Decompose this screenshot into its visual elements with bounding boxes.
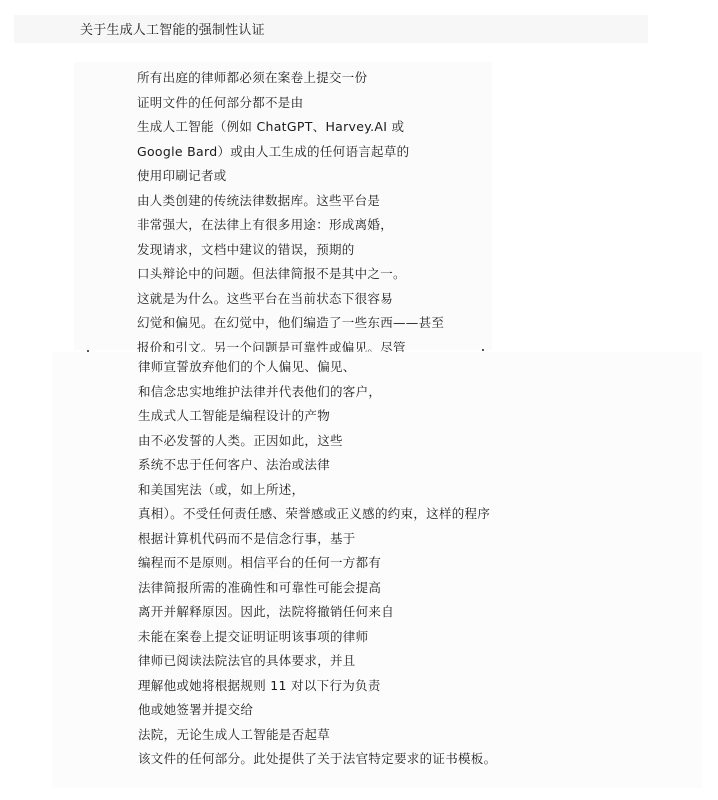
text-line: 离开并解释原因。因此，法院将撤销任何来自 (138, 600, 496, 625)
text-line: 编程而不是原则。相信平台的任何一方都有 (138, 551, 496, 576)
text-line: 发现请求，文档中建议的错误，预期的 (137, 238, 444, 263)
text-line: 由不必发誓的人类。正因如此，这些 (138, 429, 496, 454)
upper-text-block: 所有出庭的律师都必须在案卷上提交一份 证明文件的任何部分都不是由 生成人工智能（… (137, 66, 444, 360)
text-line: 该文件的任何部分。此处提供了关于法官特定要求的证书模板。 (138, 747, 496, 772)
text-line: 这就是为什么。这些平台在当前状态下很容易 (137, 287, 444, 312)
document-title: 关于生成人工智能的强制性认证 (80, 23, 265, 39)
text-line: 幻觉和偏见。在幻觉中，他们编造了一些东西——甚至 (137, 311, 444, 336)
text-line: 律师宣誓放弃他们的个人偏见、偏见、 (138, 355, 496, 380)
text-line: 所有出庭的律师都必须在案卷上提交一份 (137, 66, 444, 91)
text-line: 法律简报所需的准确性和可靠性可能会提高 (138, 576, 496, 601)
text-line: 真相）。不受任何责任感、荣誉感或正义感的约束，这样的程序 (138, 502, 496, 527)
text-line: 系统不忠于任何客户、法治或法律 (138, 453, 496, 478)
text-line: 生成式人工智能是编程设计的产物 (138, 404, 496, 429)
text-line: 律师已阅读法院法官的具体要求，并且 (138, 649, 496, 674)
text-line: 证明文件的任何部分都不是由 (137, 91, 444, 116)
text-line: 理解他或她将根据规则 11 对以下行为负责 (138, 674, 496, 699)
text-line: 他或她签署并提交给 (138, 698, 496, 723)
scan-artifact-mark (482, 349, 484, 351)
text-line: 根据计算机代码而不是信念行事，基于 (138, 527, 496, 552)
text-line: 口头辩论中的问题。但法律简报不是其中之一。 (137, 262, 444, 287)
text-line: 和美国宪法（或，如上所述， (138, 478, 496, 503)
text-line: 非常强大，在法律上有很多用途：形成离婚， (137, 213, 444, 238)
lower-text-block: 律师宣誓放弃他们的个人偏见、偏见、 和信念忠实地维护法律并代表他们的客户， 生成… (138, 355, 496, 772)
text-line: 和信念忠实地维护法律并代表他们的客户， (138, 380, 496, 405)
text-line: 由人类创建的传统法律数据库。这些平台是 (137, 189, 444, 214)
text-line: 生成人工智能（例如 ChatGPT、Harvey.AI 或 (137, 115, 444, 140)
text-line: 未能在案卷上提交证明证明该事项的律师 (138, 625, 496, 650)
text-line: 法院，无论生成人工智能是否起草 (138, 723, 496, 748)
text-line: 使用印刷记者或 (137, 164, 444, 189)
text-line: Google Bard）或由人工生成的任何语言起草的 (137, 140, 444, 165)
